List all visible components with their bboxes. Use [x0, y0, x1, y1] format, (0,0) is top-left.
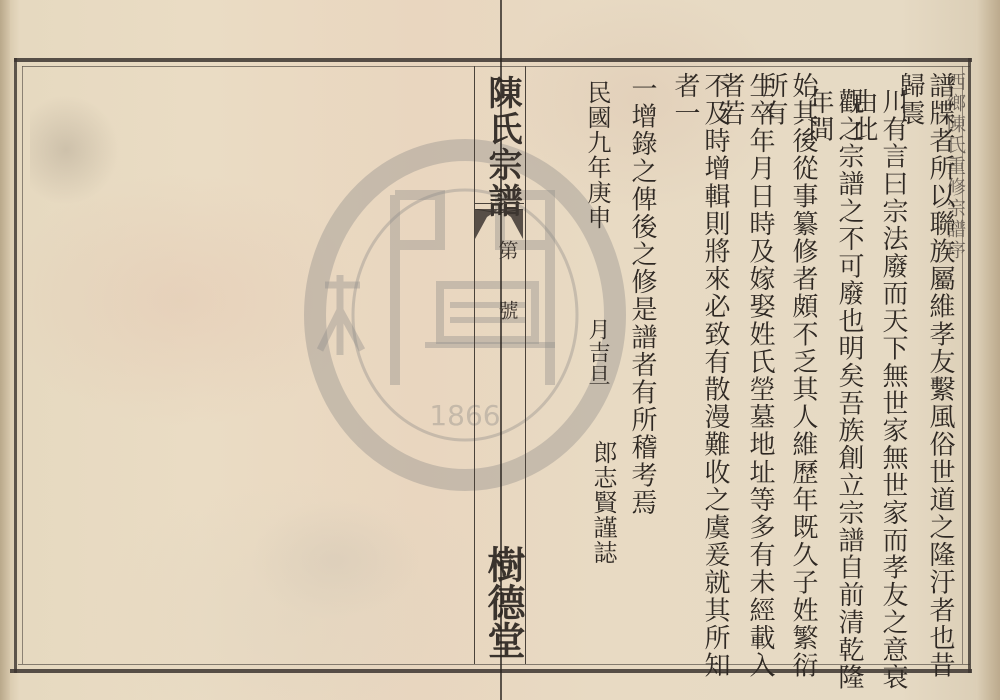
frame-left-inner-border — [22, 66, 23, 664]
book-right-edge — [976, 0, 1000, 700]
author-signature: 郎志賢謹誌 — [588, 440, 618, 565]
volume-label-top: 第 — [495, 240, 519, 260]
fishtail-ornament-icon — [475, 209, 523, 239]
library-seal-watermark: 1866 — [300, 135, 630, 495]
book-fold-line — [500, 0, 502, 700]
book-left-edge — [0, 0, 10, 700]
frame-left-border — [14, 58, 17, 673]
frame-top-border — [14, 58, 972, 62]
volume-label-bottom: 號 — [495, 300, 519, 320]
date-suffix: 月吉旦 — [582, 318, 612, 387]
text-column-7: 一增錄之俾後之修是譜者有所稽考焉 — [627, 75, 657, 517]
text-column-6: 不及時增輯則將來必致有散漫難收之虞爰就其所知者一 — [670, 72, 730, 700]
left-page-smudge — [30, 95, 120, 205]
date-column: 民國九年庚申 — [582, 80, 612, 230]
paper-stain — [250, 500, 420, 620]
title-divider — [474, 203, 524, 204]
